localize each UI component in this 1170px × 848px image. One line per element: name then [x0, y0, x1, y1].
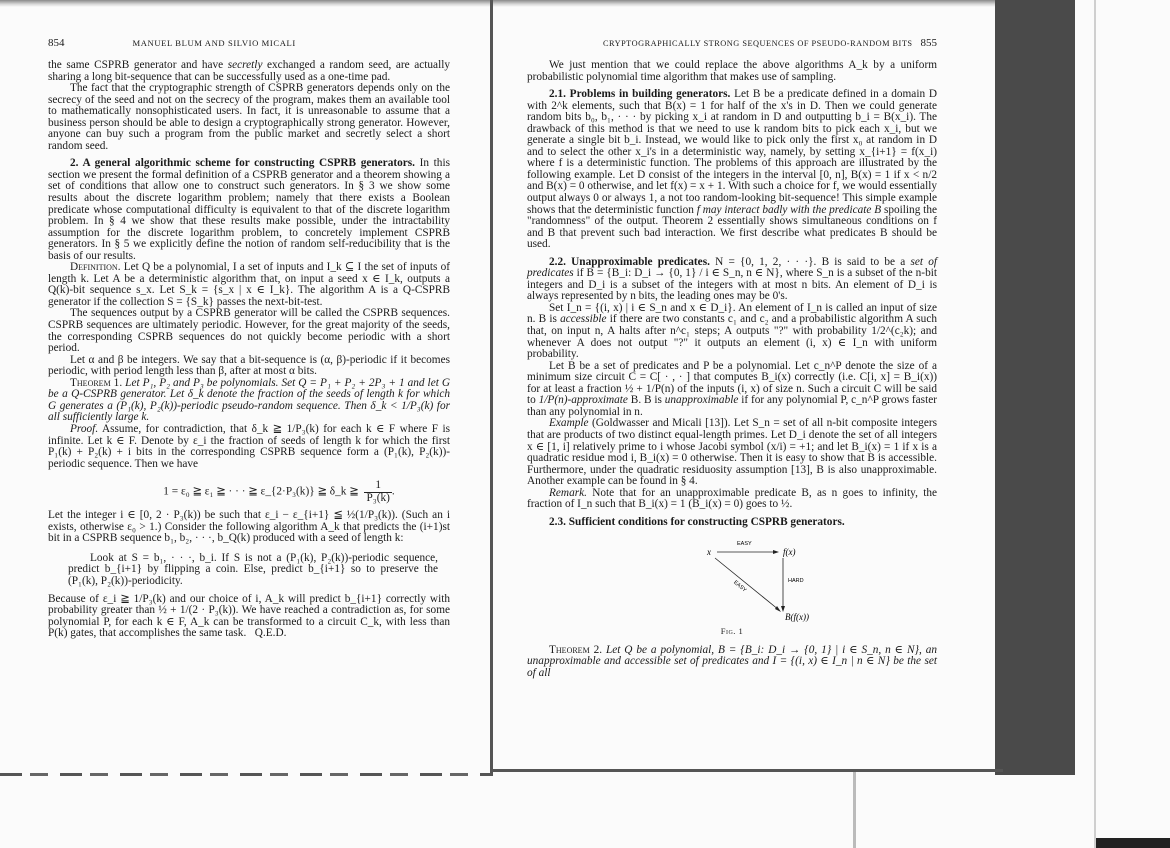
running-head-title: MANUEL BLUM AND SILVIO MICALI	[133, 38, 296, 50]
page-number: 854	[48, 38, 65, 50]
proof-label: Proof.	[70, 423, 98, 435]
page-bottom-edge-right	[493, 769, 1003, 772]
running-head-left: 854 MANUEL BLUM AND SILVIO MICALI	[48, 38, 450, 50]
running-head-title: CRYPTOGRAPHICALLY STRONG SEQUENCES OF PS…	[603, 38, 913, 50]
scan-artifact-line	[853, 772, 856, 848]
figure-1: x f(x) B(f(x)) EASY HARD EASY	[527, 534, 937, 622]
section-heading: 2. A general algorithmic scheme for cons…	[70, 157, 415, 169]
left-page: 854 MANUEL BLUM AND SILVIO MICALI the sa…	[48, 38, 450, 640]
section-2-paragraph: 2. A general algorithmic scheme for cons…	[48, 158, 450, 262]
paragraph: Because of ε_i ≧ 1/P₃(k) and our choice …	[48, 594, 450, 640]
edge-label-easy: EASY	[737, 541, 752, 547]
theorem-1: Theorem 1. Let P₁, P₂ and P₃ be polynomi…	[48, 378, 450, 424]
remark-label: Remark.	[549, 487, 587, 499]
paragraph: Let α and β be integers. We say that a b…	[48, 355, 450, 378]
paragraph: Let B be a set of predicates and P be a …	[527, 361, 937, 419]
paragraph: Let the integer i ∈ [0, 2 · P₃(k)) be su…	[48, 510, 450, 545]
scan-top-shadow	[0, 0, 995, 7]
qed: Q.E.D.	[255, 627, 287, 639]
subsection-heading: 2.2. Unapproximable predicates.	[549, 256, 710, 268]
subsection-heading: 2.3. Sufficient conditions for construct…	[549, 516, 845, 528]
page-number: 855	[921, 38, 938, 50]
fraction-numerator: 1	[364, 480, 391, 493]
subsection-heading: 2.1. Problems in building generators.	[549, 88, 730, 100]
theorem-label: Theorem 2.	[549, 644, 602, 656]
scan-edge-line	[1094, 0, 1096, 848]
commutative-diagram: x f(x) B(f(x)) EASY HARD EASY	[695, 534, 815, 622]
node-fx: f(x)	[783, 547, 796, 557]
page-bottom-edge-left	[0, 773, 490, 776]
edge-label-hard: HARD	[788, 578, 804, 584]
edge-label-easy-diag: EASY	[732, 580, 747, 594]
paragraph: the same CSPRB generator and have secret…	[48, 60, 450, 83]
emphasis: secretly	[228, 59, 263, 71]
section-2-3: 2.3. Sufficient conditions for construct…	[527, 517, 937, 529]
algorithm-block: Look at S = b₁, · · ·, b_i. If S is not …	[68, 553, 438, 588]
remark-paragraph: Remark. Note that for an unapproximable …	[527, 488, 937, 511]
section-2-1: 2.1. Problems in building generators. Le…	[527, 89, 937, 251]
node-bfx: B(f(x))	[785, 612, 809, 622]
scanner-dark-band	[995, 0, 1075, 775]
definition-paragraph: Definition. Let Q be a polynomial, I a s…	[48, 262, 450, 308]
fraction-denominator: P₃(k)	[364, 493, 391, 505]
section-2-2: 2.2. Unapproximable predicates. N = {0, …	[527, 257, 937, 303]
proof-paragraph: Proof. Assume, for contradiction, that δ…	[48, 424, 450, 470]
example-paragraph: Example (Goldwasser and Micali [13]). Le…	[527, 418, 937, 487]
scan-corner-shadow	[1096, 838, 1170, 848]
example-label: Example	[549, 417, 589, 429]
paragraph: The sequences output by a CSPRB generato…	[48, 308, 450, 354]
paragraph: Set I_n = {(i, x) | i ∈ S_n and x ∈ D_i}…	[527, 303, 937, 361]
paragraph: We just mention that we could replace th…	[527, 60, 937, 83]
running-head-right: CRYPTOGRAPHICALLY STRONG SEQUENCES OF PS…	[527, 38, 937, 50]
paragraph: The fact that the cryptographic strength…	[48, 83, 450, 152]
theorem-label: Theorem 1.	[70, 377, 122, 389]
node-x: x	[706, 547, 711, 557]
book-gutter	[490, 0, 493, 776]
figure-caption: Fig. 1	[527, 626, 937, 638]
theorem-2: Theorem 2. Let Q be a polynomial, B = {B…	[527, 645, 937, 680]
right-page: CRYPTOGRAPHICALLY STRONG SEQUENCES OF PS…	[527, 38, 937, 680]
definition-label: Definition.	[70, 261, 121, 273]
display-equation: 1 = ε₀ ≧ ε₁ ≧ · · · ≧ ε_{2·P₃(k)} ≧ δ_k …	[48, 480, 450, 504]
